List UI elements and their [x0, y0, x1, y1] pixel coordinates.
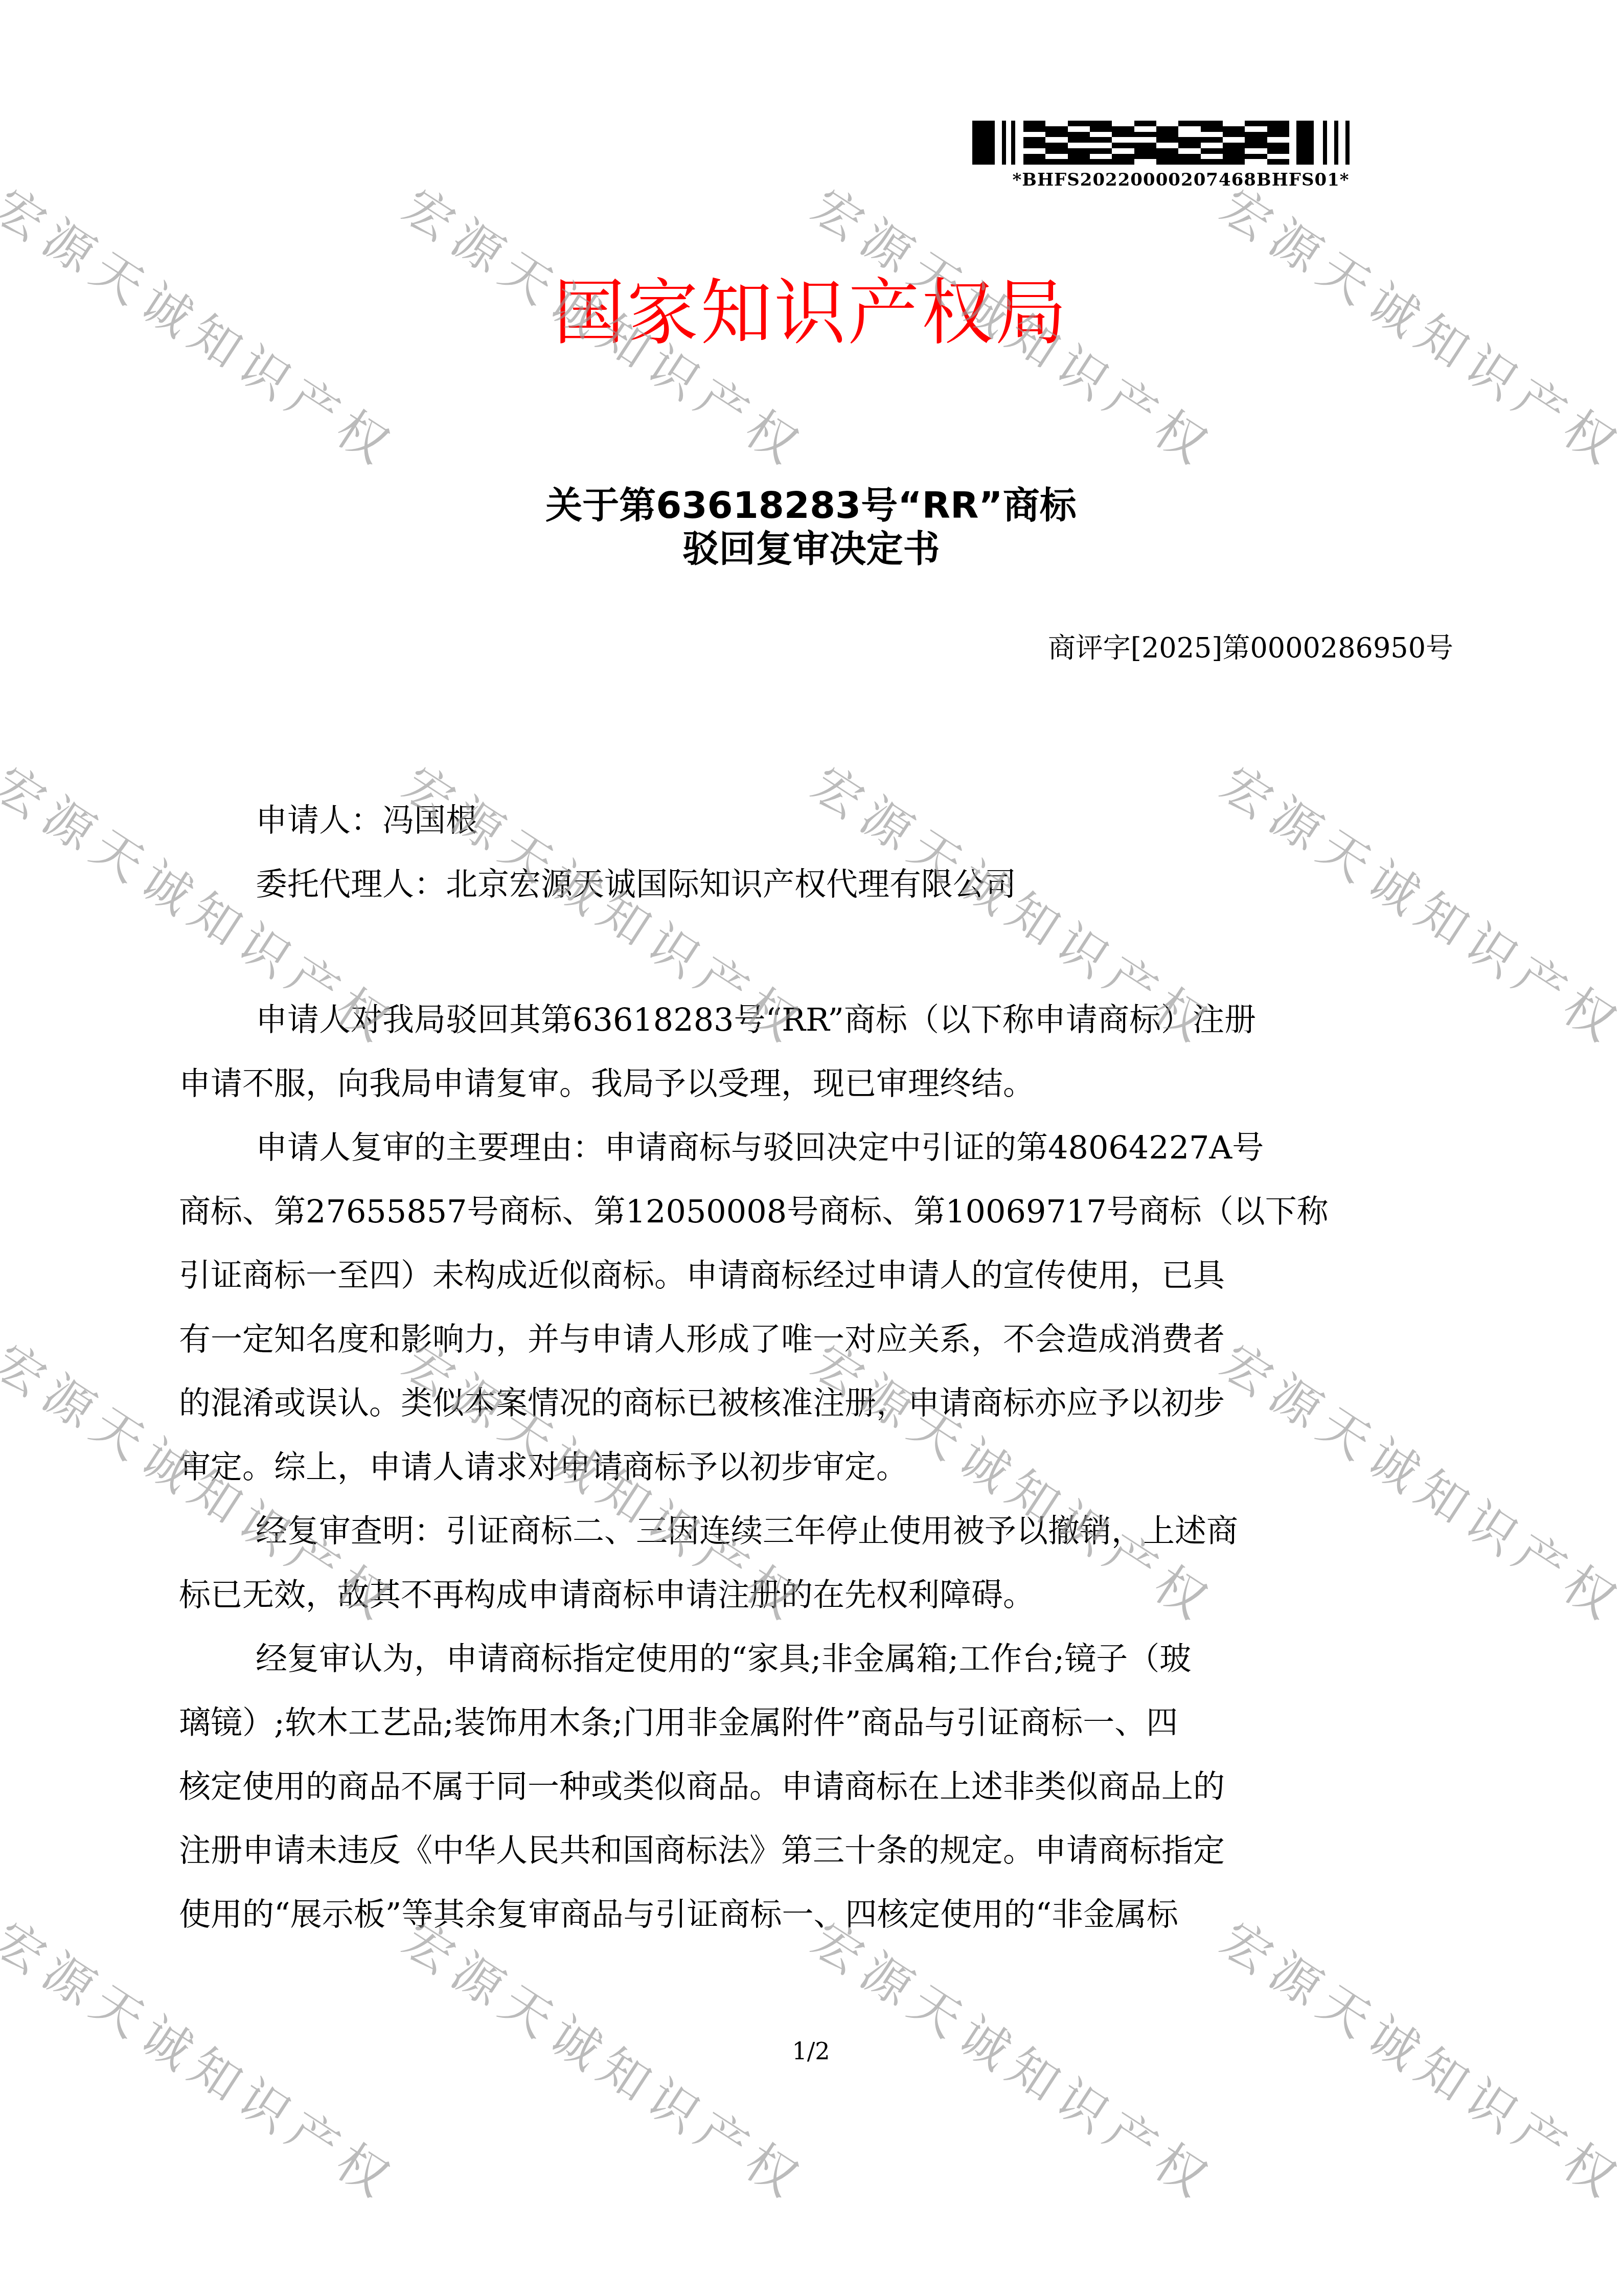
body-line: 标已无效，故其不再构成申请商标申请注册的在先权利障碍。	[179, 1570, 1035, 1615]
agent-row: 委托代理人：北京宏源天诚国际知识产权代理有限公司	[256, 859, 1016, 904]
body-line: 注册申请未违反《中华人民共和国商标法》第三十条的规定。申请商标指定	[179, 1825, 1225, 1871]
document-number: 商评字[2025]第0000286950号	[1048, 626, 1453, 666]
body-line: 申请人复审的主要理由：申请商标与驳回决定中引证的第48064227A号	[256, 1122, 1264, 1168]
body-line: 经复审查明：引证商标二、三因连续三年停止使用被予以撤销，上述商	[256, 1506, 1238, 1551]
document-page: *BHFS20220000207468BHFS01* 国家知识产权局 关于第63…	[0, 0, 1622, 2296]
barcode-number: *BHFS20220000207468BHFS01*	[997, 170, 1365, 190]
body-line: 有一定知名度和影响力，并与申请人形成了唯一对应关系，不会造成消费者	[179, 1314, 1225, 1359]
agent-name: 北京宏源天诚国际知识产权代理有限公司	[446, 866, 1016, 903]
page-number: 1/2	[0, 2037, 1622, 2065]
applicant-label: 申请人：	[256, 802, 382, 839]
agent-label: 委托代理人：	[256, 866, 446, 903]
applicant-name: 冯国根	[382, 802, 477, 839]
body-line: 商标、第27655857号商标、第12050008号商标、第10069717号商…	[179, 1186, 1329, 1232]
body-line: 审定。综上，申请人请求对申请商标予以初步审定。	[179, 1442, 908, 1487]
body-line: 使用的“展示板”等其余复审商品与引证商标一、四核定使用的“非金属标	[179, 1889, 1178, 1935]
body-line: 申请人对我局驳回其第63618283号“RR”商标（以下称申请商标）注册	[256, 994, 1256, 1040]
barcode-image	[972, 121, 1381, 165]
body-line: 申请不服，向我局申请复审。我局予以受理，现已审理终结。	[179, 1058, 1035, 1104]
watermark: 宏源天诚知识产权	[1209, 746, 1622, 1059]
watermark: 宏源天诚知识产权	[1209, 1324, 1622, 1637]
body-line: 的混淆或误认。类似本案情况的商标已被核准注册，申请商标亦应予以初步	[179, 1378, 1225, 1423]
agency-name: 国家知识产权局	[0, 256, 1622, 358]
body-line: 引证商标一至四）未构成近似商标。申请商标经过申请人的宣传使用，已具	[179, 1250, 1225, 1295]
body-line: 璃镜）;软木工艺品;装饰用木条;门用非金属附件”商品与引证商标一、四	[179, 1697, 1178, 1743]
applicant-row: 申请人：冯国根	[256, 795, 477, 840]
body-line: 经复审认为，申请商标指定使用的“家具;非金属箱;工作台;镜子（玻	[256, 1633, 1191, 1679]
body-line: 核定使用的商品不属于同一种或类似商品。申请商标在上述非类似商品上的	[179, 1761, 1225, 1807]
document-title-line2: 驳回复审决定书	[0, 519, 1622, 572]
